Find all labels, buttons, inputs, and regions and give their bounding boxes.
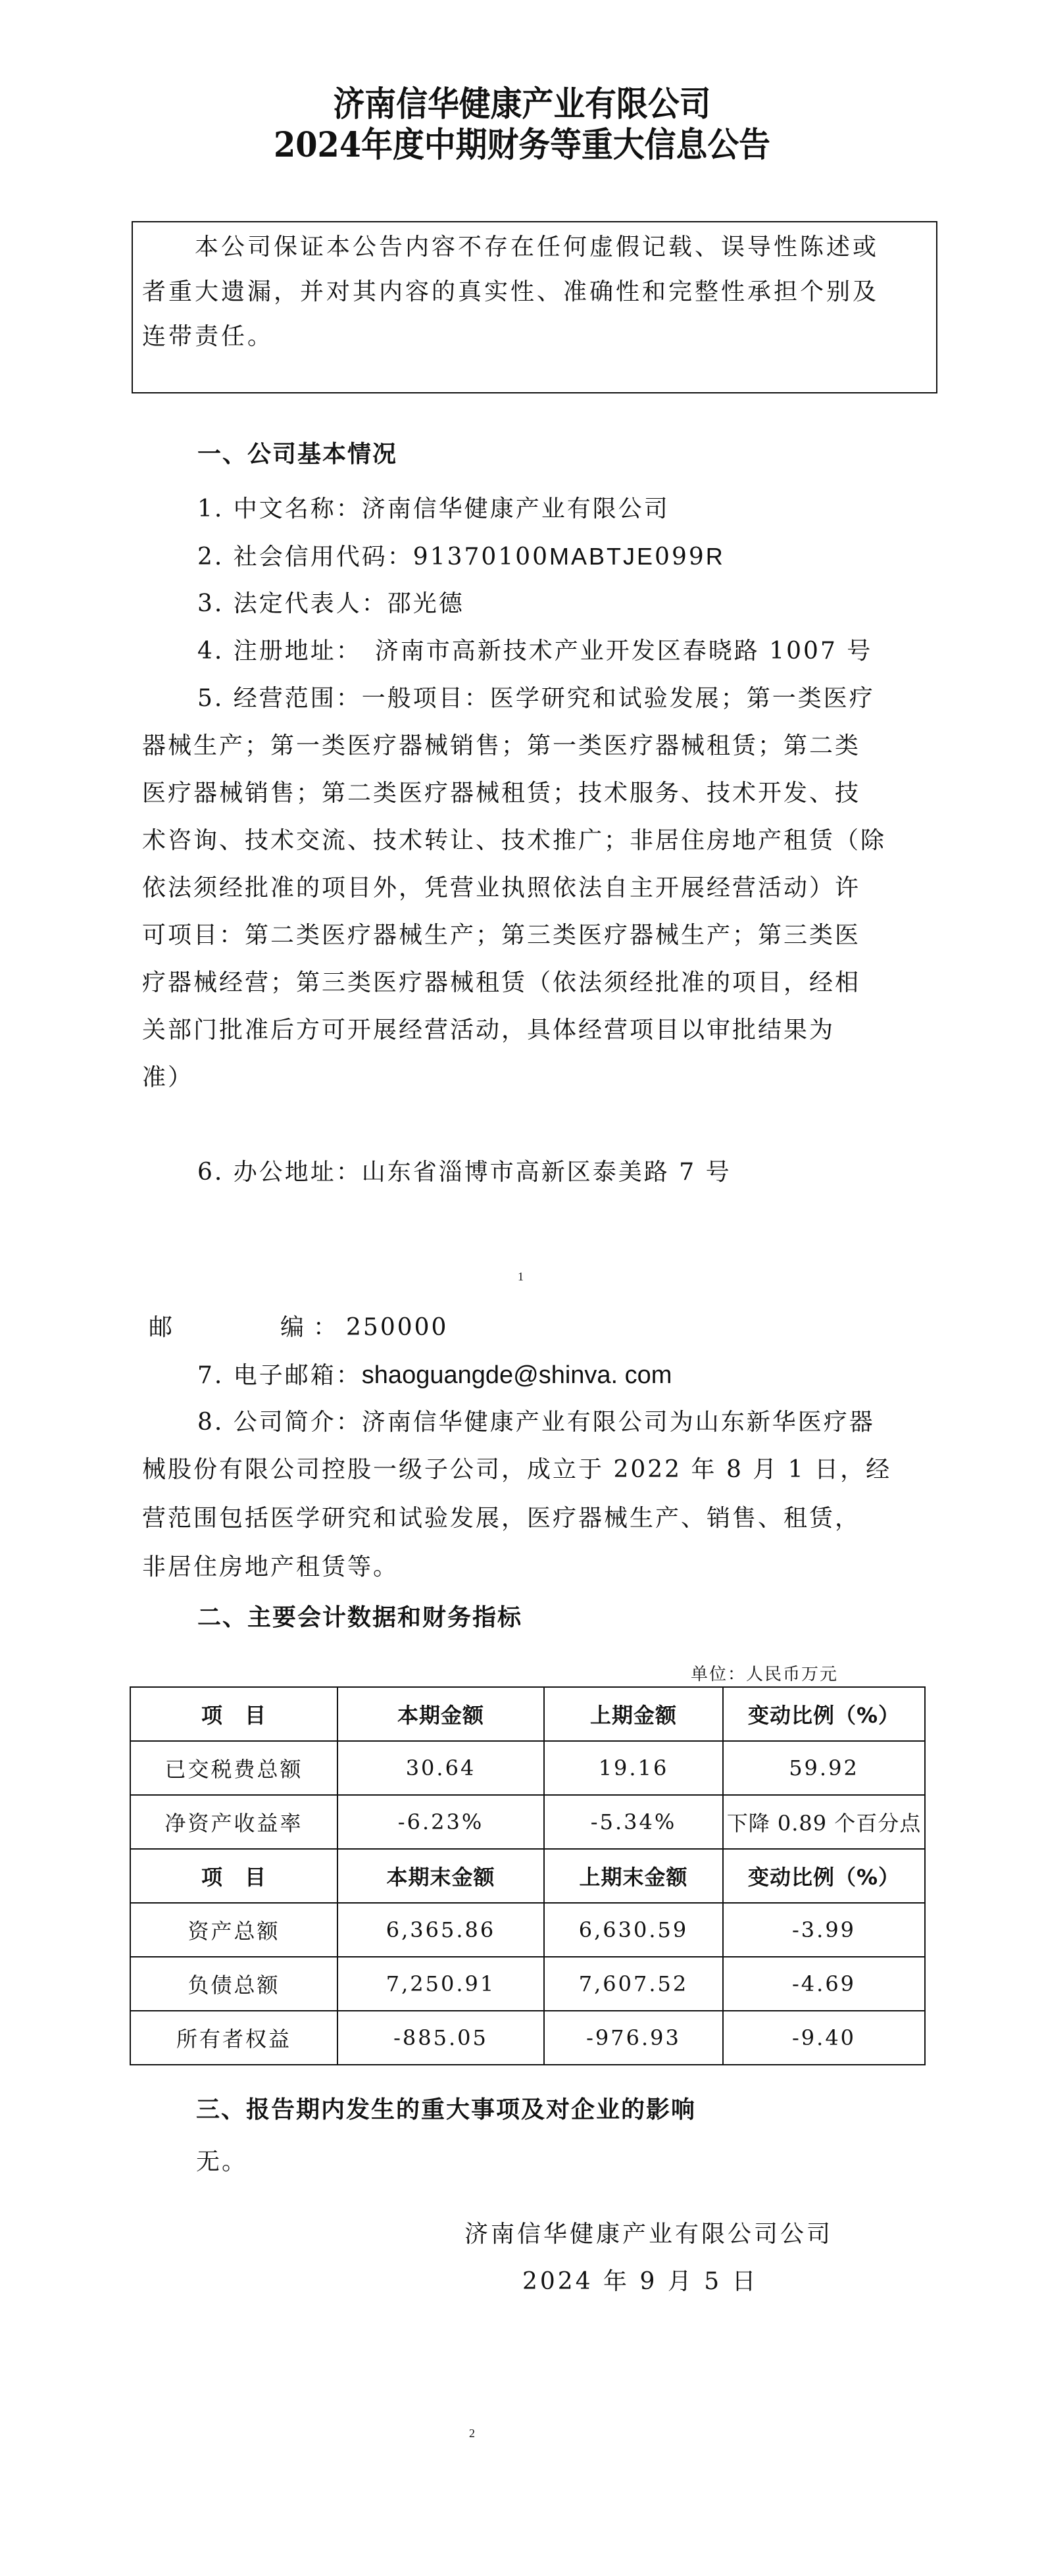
item-credit-code: 2. 社会信用代码：91370100MABTJE099R (197, 533, 725, 581)
item-email: 7. 电子邮箱：shaoguangde@shinva. com (197, 1351, 672, 1400)
page-number-1: 1 (518, 1270, 524, 1284)
row-label: 资产总额 (130, 1903, 337, 1957)
column-header: 本期金额 (337, 1687, 544, 1741)
profile-line: 济南信华健康产业有限公司为山东新华医疗器 (362, 1409, 875, 1436)
financial-table: 项 目 本期金额 上期金额 变动比例（%） 已交税费总额 30.64 19.16… (130, 1686, 926, 2065)
item-chinese-name: 1. 中文名称：济南信华健康产业有限公司 (197, 486, 670, 533)
item-legal-rep: 3. 法定代表人：邵光德 (197, 580, 464, 628)
table-row: 负债总额 7,250.91 7,607.52 -4.69 (130, 1957, 925, 2011)
item-label: 3. 法定代表人： (197, 590, 387, 617)
table-row: 资产总额 6,365.86 6,630.59 -3.99 (130, 1903, 925, 1957)
item-company-profile: 8. 公司简介：济南信华健康产业有限公司为山东新华医疗器 (197, 1399, 875, 1446)
cell-change: 59.92 (723, 1741, 925, 1795)
scope-line: 准） (142, 1054, 193, 1101)
cell-change: -4.69 (723, 1957, 925, 2011)
cell-change: -9.40 (723, 2011, 925, 2065)
column-header: 项 目 (130, 1849, 337, 1903)
email-link[interactable]: shaoguangde@shinva. com (362, 1361, 672, 1389)
item-value: 济南信华健康产业有限公司 (362, 495, 670, 522)
cell-current: -885.05 (337, 2011, 544, 2065)
item-value-digits2: 099 (655, 543, 706, 570)
table-row: 所有者权益 -885.05 -976.93 -9.40 (130, 2011, 925, 2065)
scope-line: 依法须经批准的项目外，凭营业执照依法自主开展经营活动）许 (142, 865, 860, 912)
item-registered-address: 4. 注册地址：济南市高新技术产业开发区春晓路 1007 号 (197, 628, 872, 675)
cell-previous: 6,630.59 (544, 1903, 723, 1957)
disclaimer-line-2: 者重大遗漏，并对其内容的真实性、准确性和完整性承担个别及 (142, 268, 879, 316)
cell-previous: -976.93 (544, 2011, 723, 2065)
profile-line: 械股份有限公司控股一级子公司，成立于 2022 年 8 月 1 日，经 (142, 1446, 891, 1494)
cell-previous: 19.16 (544, 1741, 723, 1795)
item-value: 山东省淄博市高新区泰美路 7 号 (362, 1159, 732, 1186)
column-header: 项 目 (130, 1687, 337, 1741)
section-heading-basic-info: 一、公司基本情况 (197, 436, 397, 469)
table-row: 已交税费总额 30.64 19.16 59.92 (130, 1741, 925, 1795)
column-header: 上期末金额 (544, 1849, 723, 1903)
scope-line: 器械生产；第一类医疗器械销售；第一类医疗器械租赁；第二类 (142, 722, 860, 770)
cell-change: -3.99 (723, 1903, 925, 1957)
item-label: 6. 办公地址： (197, 1159, 362, 1186)
signature-company: 济南信华健康产业有限公司公司 (464, 2211, 833, 2258)
major-events-content: 无。 (196, 2138, 247, 2186)
item-label: 5. 经营范围： (197, 685, 362, 712)
item-office-address: 6. 办公地址：山东省淄博市高新区泰美路 7 号 (197, 1149, 732, 1196)
column-header: 本期末金额 (337, 1849, 544, 1903)
profile-line: 营范围包括医学研究和试验发展，医疗器械生产、销售、租赁， (142, 1495, 860, 1542)
scope-line: 可项目：第二类医疗器械生产；第三类医疗器械生产；第三类医 (142, 912, 860, 959)
row-label: 所有者权益 (130, 2011, 337, 2065)
column-header: 变动比例（%） (723, 1849, 925, 1903)
table-header-row: 项 目 本期末金额 上期末金额 变动比例（%） (130, 1849, 925, 1903)
item-business-scope: 5. 经营范围：一般项目：医学研究和试验发展；第一类医疗 (197, 675, 875, 722)
cell-previous: -5.34% (544, 1795, 723, 1849)
item-label: 1. 中文名称： (197, 495, 362, 522)
scope-line: 医疗器械销售；第二类医疗器械租赁；技术服务、技术开发、技 (142, 770, 860, 817)
item-label: 7. 电子邮箱： (197, 1362, 362, 1389)
item-value: 250000 (346, 1314, 448, 1341)
column-header: 变动比例（%） (723, 1687, 925, 1741)
table-header-row: 项 目 本期金额 上期金额 变动比例（%） (130, 1687, 925, 1741)
row-label: 已交税费总额 (130, 1741, 337, 1795)
table-row: 净资产收益率 -6.23% -5.34% 下降 0.89 个百分点 (130, 1795, 925, 1849)
cell-current: 30.64 (337, 1741, 544, 1795)
cell-current: -6.23% (337, 1795, 544, 1849)
item-value-digits: 91370100 (413, 543, 549, 570)
unit-label: 单位：人民币万元 (691, 1661, 838, 1685)
disclaimer-line-3: 连带责任。 (142, 313, 274, 361)
document-title-line1: 济南信华健康产业有限公司 (41, 84, 1002, 125)
cell-change: 下降 0.89 个百分点 (723, 1795, 925, 1849)
scope-line: 关部门批准后方可开展经营活动，具体经营项目以审批结果为 (142, 1007, 835, 1054)
item-label: 4. 注册地址： (197, 638, 362, 665)
item-label: 2. 社会信用代码： (197, 543, 413, 570)
cell-previous: 7,607.52 (544, 1957, 723, 2011)
scope-line: 一般项目：医学研究和试验发展；第一类医疗 (362, 685, 875, 712)
disclaimer-line-1: 本公司保证本公告内容不存在任何虚假记载、误导性陈述或 (195, 224, 879, 271)
item-value: 济南市高新技术产业开发区春晓路 1007 号 (375, 638, 873, 665)
section-heading-major-events: 三、报告期内发生的重大事项及对企业的影响 (196, 2091, 696, 2125)
item-label: 8. 公司简介： (197, 1409, 362, 1436)
item-value-alpha2: R (706, 543, 725, 570)
item-value-alpha: MABTJE (549, 543, 655, 570)
row-label: 负债总额 (130, 1957, 337, 2011)
item-label: 邮 编： (149, 1314, 346, 1341)
signature-date: 2024 年 9 月 5 日 (522, 2258, 758, 2306)
cell-current: 6,365.86 (337, 1903, 544, 1957)
cell-current: 7,250.91 (337, 1957, 544, 2011)
item-value: 邵光德 (387, 590, 464, 617)
page-number-2: 2 (469, 2427, 475, 2440)
profile-line: 非居住房地产租赁等。 (142, 1544, 399, 1591)
scope-line: 术咨询、技术交流、技术转让、技术推广；非居住房地产租赁（除 (142, 817, 886, 865)
scope-line: 疗器械经营；第三类医疗器械租赁（依法须经批准的项目，经相 (142, 959, 860, 1007)
row-label: 净资产收益率 (130, 1795, 337, 1849)
item-postal-code: 邮 编：250000 (149, 1304, 448, 1351)
column-header: 上期金额 (544, 1687, 723, 1741)
document-title-line2: 2024年度中期财务等重大信息公告 (41, 125, 1002, 166)
section-heading-financials: 二、主要会计数据和财务指标 (197, 1599, 522, 1632)
